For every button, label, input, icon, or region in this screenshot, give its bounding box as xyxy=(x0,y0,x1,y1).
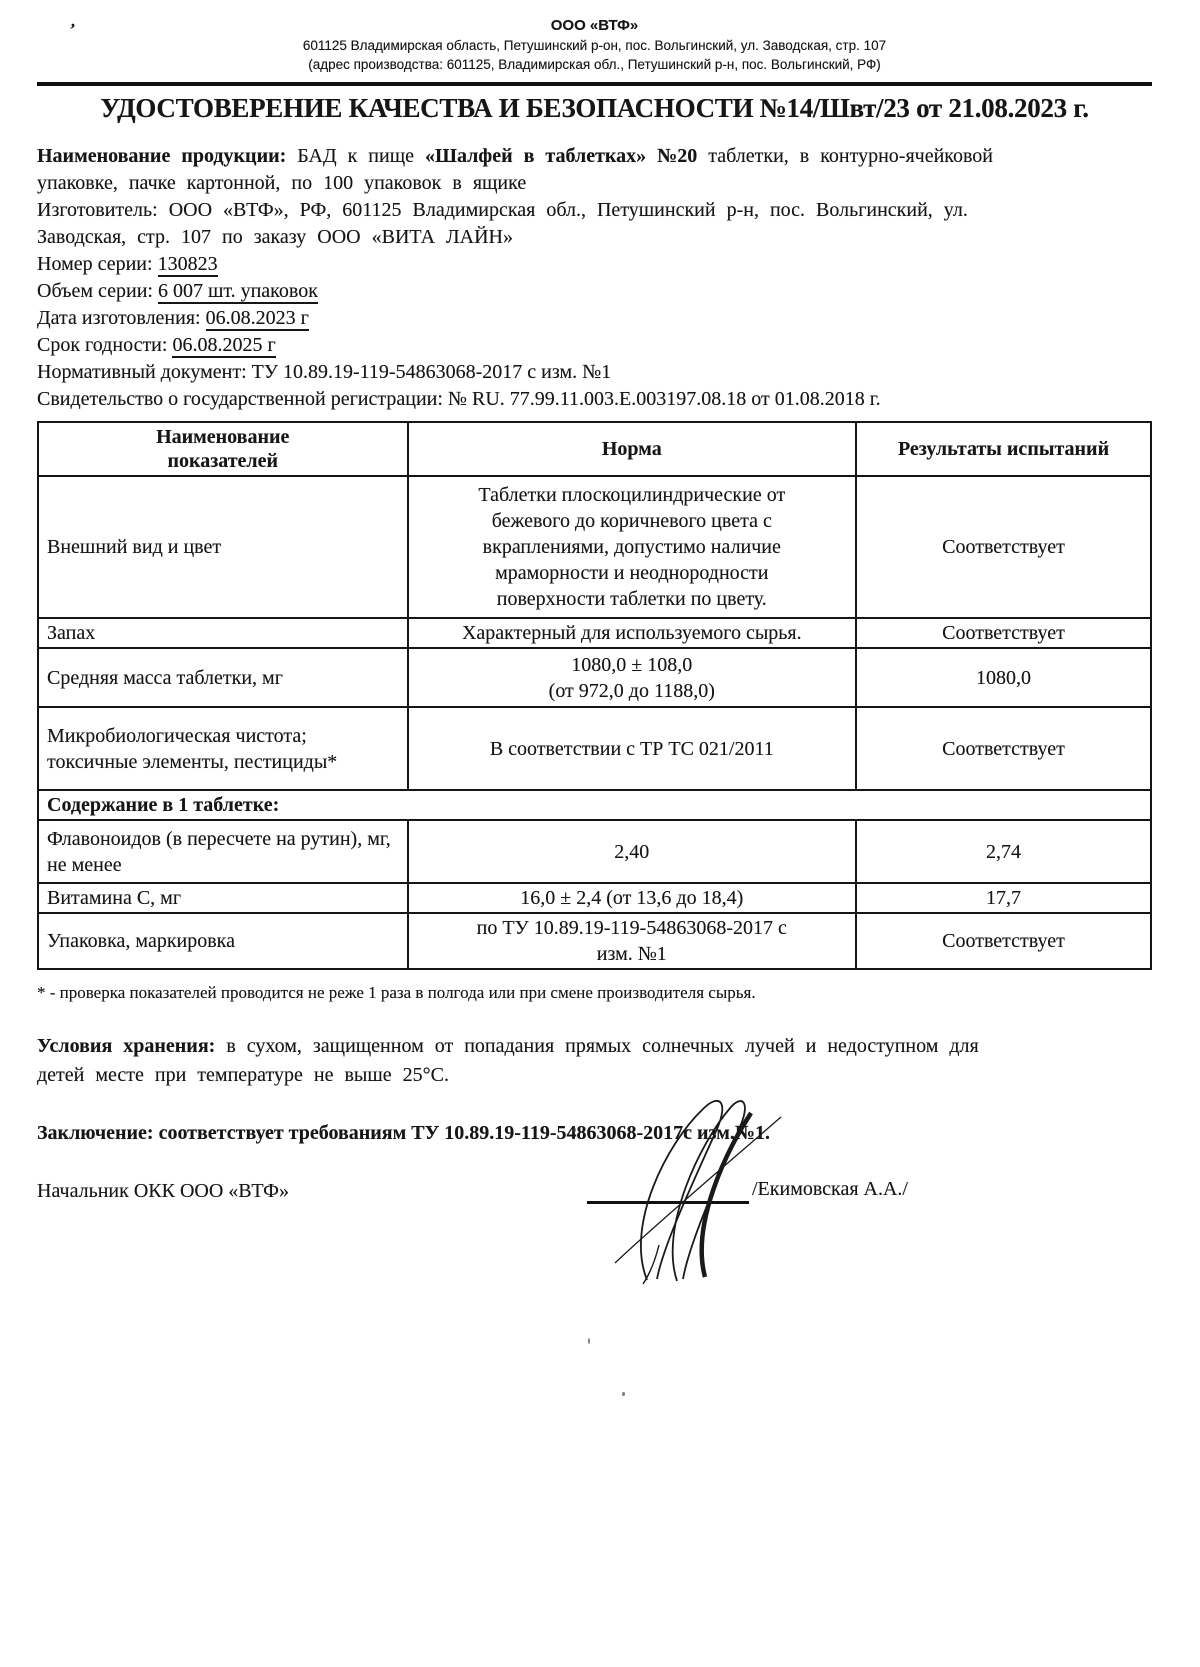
result-cell: Соответствует xyxy=(856,707,1151,790)
series-number-label: Номер серии: xyxy=(37,253,158,275)
table-header-row: Наименование показателей Норма Результат… xyxy=(38,422,1151,476)
scan-speck xyxy=(622,1392,625,1396)
manufacture-date-line: Дата изготовления: 06.08.2023 г xyxy=(37,305,1152,332)
signatory-position: Начальник ОКК ООО «ВТФ» xyxy=(37,1180,289,1203)
scan-speck xyxy=(588,1338,590,1344)
expiry-date-label: Срок годности: xyxy=(37,334,172,356)
table-row: Витамина С, мг 16,0 ± 2,4 (от 13,6 до 18… xyxy=(38,883,1151,913)
state-registration-line: Свидетельство о государственной регистра… xyxy=(37,386,1152,413)
product-name-bold: «Шалфей в таблетках» №20 xyxy=(425,145,697,167)
product-name-paragraph: Наименование продукции: БАД к пище «Шалф… xyxy=(37,143,1152,197)
manufacture-date-label: Дата изготовления: xyxy=(37,307,206,329)
manufacture-date-value: 06.08.2023 г xyxy=(206,307,309,331)
norm-cell: Таблетки плоскоцилиндрические от бежевог… xyxy=(408,476,857,618)
series-volume-label: Объем серии: xyxy=(37,280,158,302)
section-header-cell: Содержание в 1 таблетке: xyxy=(38,790,1151,820)
document-title: УДОСТОВЕРЕНИЕ КАЧЕСТВА И БЕЗОПАСНОСТИ №1… xyxy=(37,90,1152,126)
result-cell: 2,74 xyxy=(856,820,1151,883)
expiry-date-line: Срок годности: 06.08.2025 г xyxy=(37,332,1152,359)
company-name: ООО «ВТФ» xyxy=(37,16,1152,36)
norm-cell: по ТУ 10.89.19-119-54863068-2017 с изм. … xyxy=(408,913,857,969)
column-header-results: Результаты испытаний xyxy=(856,422,1151,476)
norm-cell: 2,40 xyxy=(408,820,857,883)
expiry-date-value: 06.08.2025 г xyxy=(172,334,275,358)
series-number-value: 130823 xyxy=(158,253,218,277)
header-divider xyxy=(37,82,1152,86)
normative-document-line: Нормативный документ: ТУ 10.89.19-119-54… xyxy=(37,359,1152,386)
table-footnote: * - проверка показателей проводится не р… xyxy=(37,982,1152,1004)
norm-cell: 16,0 ± 2,4 (от 13,6 до 18,4) xyxy=(408,883,857,913)
norm-cell: Характерный для используемого сырья. xyxy=(408,618,857,648)
document-details: Наименование продукции: БАД к пище «Шалф… xyxy=(37,143,1152,413)
product-name-prefix: БАД к пище xyxy=(286,145,425,167)
indicator-cell: Микробиологическая чистота; токсичные эл… xyxy=(38,707,408,790)
table-row: Микробиологическая чистота; токсичные эл… xyxy=(38,707,1151,790)
series-volume-value: 6 007 шт. упаковок xyxy=(158,280,318,304)
manufacturer-paragraph: Изготовитель: ООО «ВТФ», РФ, 601125 Влад… xyxy=(37,197,1152,251)
state-registration-label: Свидетельство о государственной регистра… xyxy=(37,388,448,410)
production-address: (адрес производства: 601125, Владимирска… xyxy=(37,55,1152,74)
quality-indicators-table: Наименование показателей Норма Результат… xyxy=(37,421,1152,970)
normative-document-value: ТУ 10.89.19-119-54863068-2017 с изм. №1 xyxy=(252,361,612,383)
indicator-cell: Средняя масса таблетки, мг xyxy=(38,648,408,707)
series-number-line: Номер серии: 130823 xyxy=(37,251,1152,278)
state-registration-value: № RU. 77.99.11.003.Е.003197.08.18 от 01.… xyxy=(448,388,881,410)
table-row: Флавоноидов (в пересчете на рутин), мг, … xyxy=(38,820,1151,883)
letterhead: ООО «ВТФ» 601125 Владимирская область, П… xyxy=(37,16,1152,74)
indicator-cell: Витамина С, мг xyxy=(38,883,408,913)
storage-conditions: Условия хранения: в сухом, защищенном от… xyxy=(37,1032,1152,1089)
storage-conditions-label: Условия хранения: xyxy=(37,1035,215,1057)
norm-cell: В соответствии с ТР ТС 021/2011 xyxy=(408,707,857,790)
result-cell: 17,7 xyxy=(856,883,1151,913)
company-address: 601125 Владимирская область, Петушинский… xyxy=(37,36,1152,55)
indicator-cell: Упаковка, маркировка xyxy=(38,913,408,969)
column-header-norm: Норма xyxy=(408,422,857,476)
handwritten-signature xyxy=(585,1095,795,1285)
table-row: Внешний вид и цвет Таблетки плоскоцилинд… xyxy=(38,476,1151,618)
series-volume-line: Объем серии: 6 007 шт. упаковок xyxy=(37,278,1152,305)
scan-speck xyxy=(573,1128,576,1132)
result-cell: Соответствует xyxy=(856,913,1151,969)
document-page: ’ ООО «ВТФ» 601125 Владимирская область,… xyxy=(0,0,1200,1667)
column-header-indicator: Наименование показателей xyxy=(38,422,408,476)
product-name-label: Наименование продукции: xyxy=(37,145,286,167)
norm-cell: 1080,0 ± 108,0 (от 972,0 до 1188,0) xyxy=(408,648,857,707)
normative-document-label: Нормативный документ: xyxy=(37,361,252,383)
indicator-cell: Флавоноидов (в пересчете на рутин), мг, … xyxy=(38,820,408,883)
result-cell: Соответствует xyxy=(856,618,1151,648)
manufacturer-label: Изготовитель: xyxy=(37,199,158,221)
table-section-row: Содержание в 1 таблетке: xyxy=(38,790,1151,820)
indicator-cell: Внешний вид и цвет xyxy=(38,476,408,618)
indicator-cell: Запах xyxy=(38,618,408,648)
table-row: Средняя масса таблетки, мг 1080,0 ± 108,… xyxy=(38,648,1151,707)
manufacturer-text: ООО «ВТФ», РФ, 601125 Владимирская обл.,… xyxy=(37,199,968,248)
table-row: Запах Характерный для используемого сырь… xyxy=(38,618,1151,648)
result-cell: 1080,0 xyxy=(856,648,1151,707)
table-row: Упаковка, маркировка по ТУ 10.89.19-119-… xyxy=(38,913,1151,969)
result-cell: Соответствует xyxy=(856,476,1151,618)
